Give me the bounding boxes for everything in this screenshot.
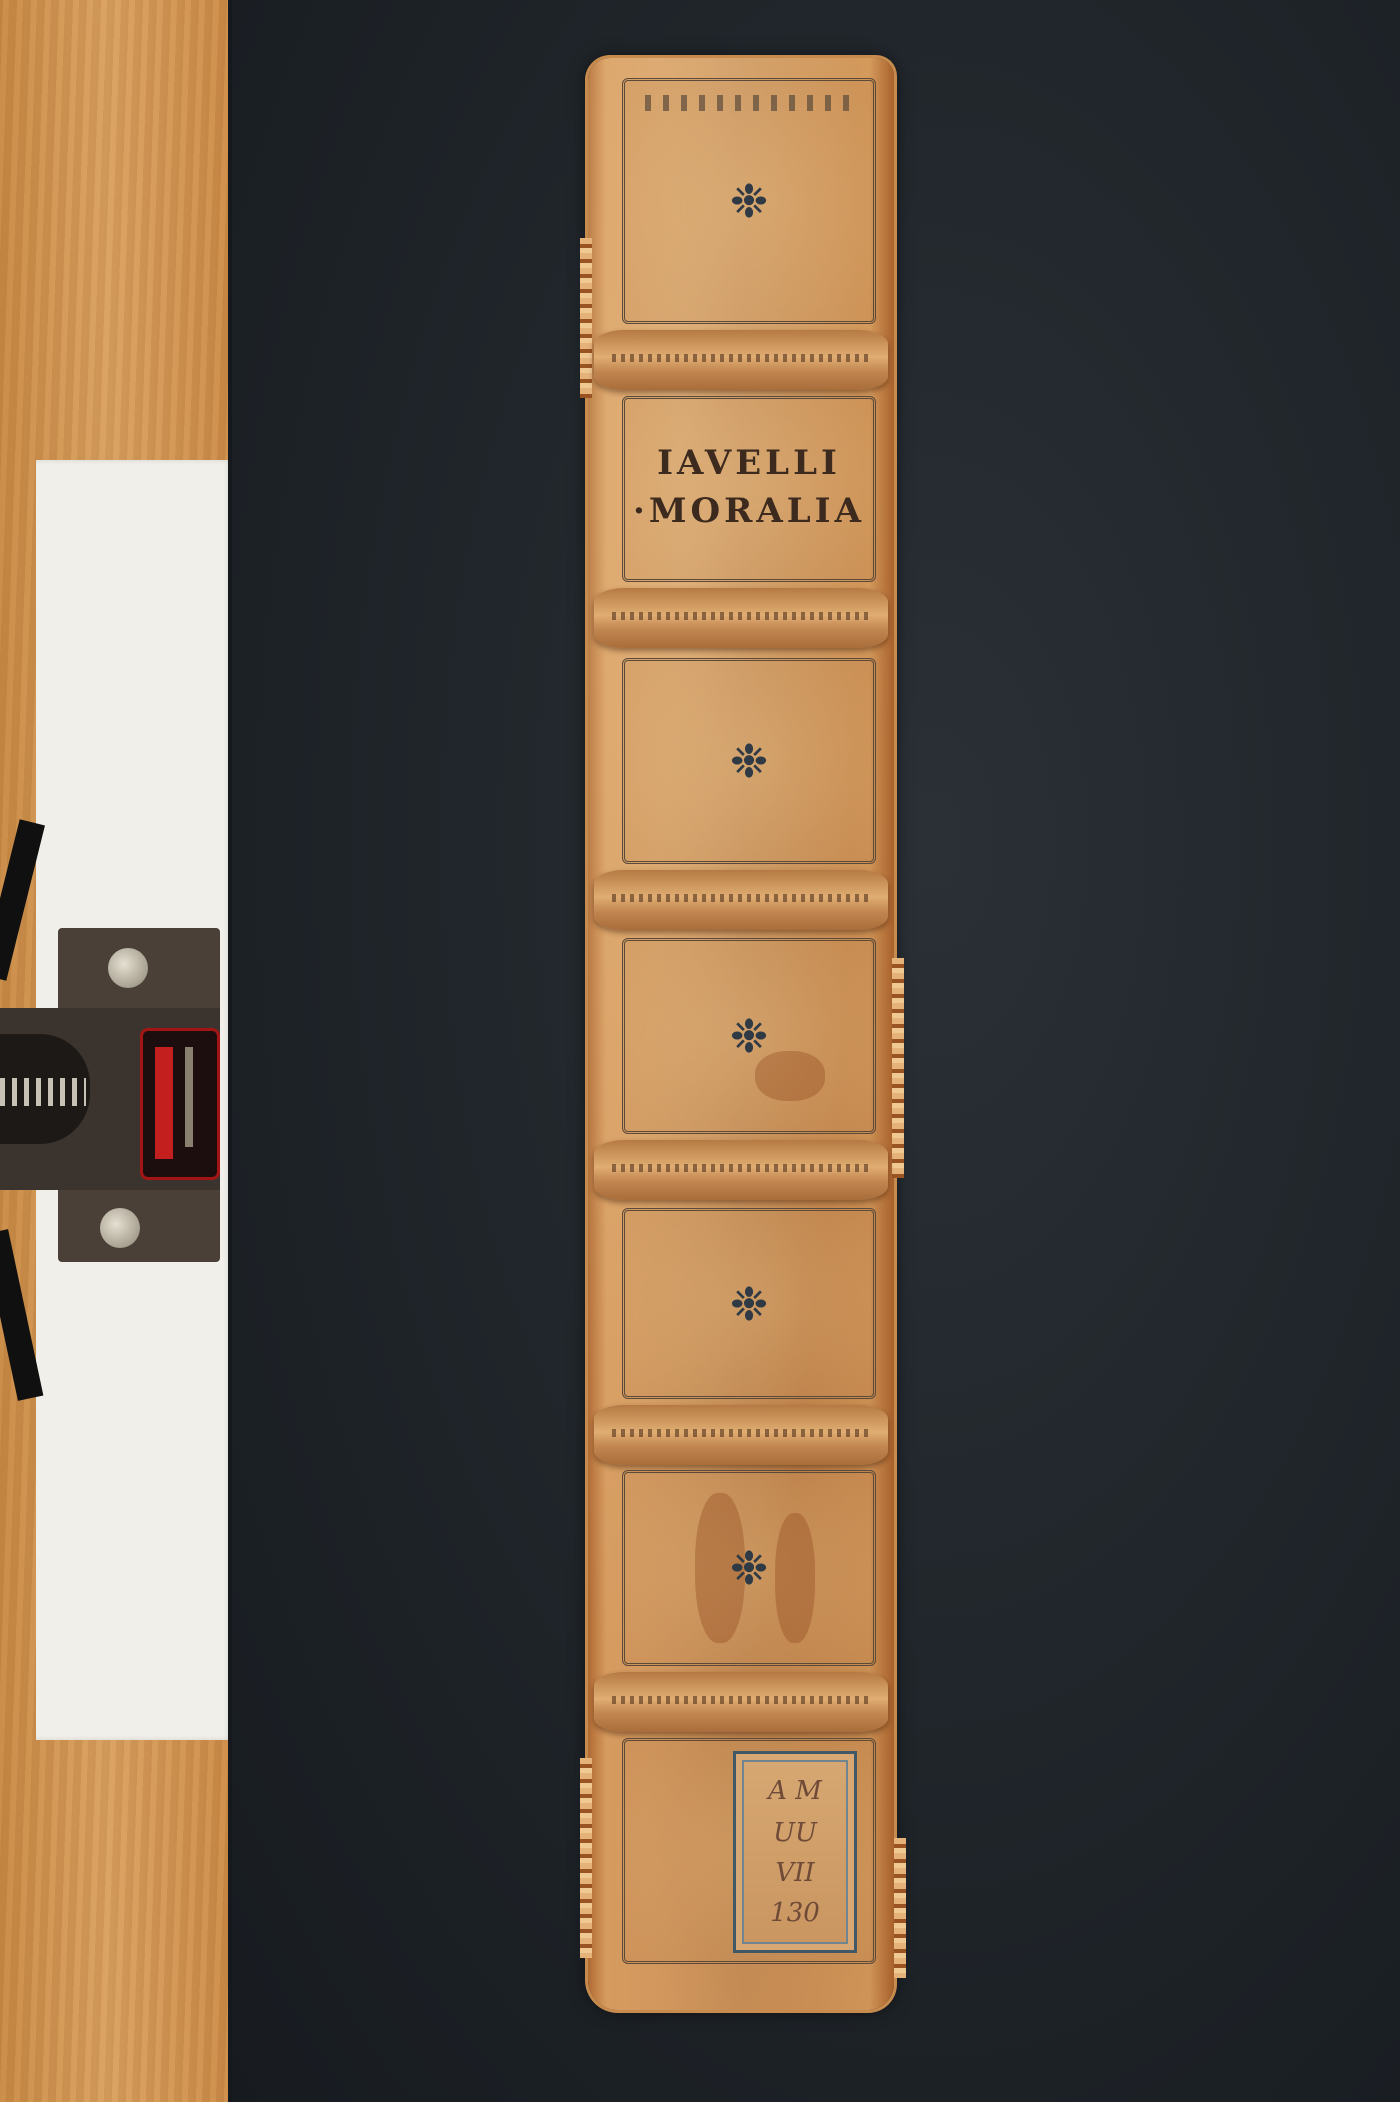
- title-line-2: ·MORALIA: [625, 491, 873, 531]
- spine-panel-1: ❉: [622, 78, 876, 324]
- screw-icon: [108, 948, 148, 988]
- frayed-edge: [892, 958, 904, 1178]
- shelfmark-line-1: A M: [736, 1776, 854, 1806]
- frayed-edge: [580, 238, 592, 398]
- raised-band: [594, 1672, 888, 1732]
- shelfmark-label: A M UU VII 130: [733, 1751, 857, 1953]
- spine-panel-3: ❉: [622, 658, 876, 864]
- clamp-brand-badge: [140, 1028, 220, 1180]
- clamp-ruler: [0, 1078, 86, 1106]
- screw-icon: [100, 1208, 140, 1248]
- fleuron-icon: ❉: [730, 1281, 769, 1327]
- spine-panel-5: ❉: [622, 1208, 876, 1399]
- spine-panel-7: A M UU VII 130: [622, 1738, 876, 1964]
- shelfmark-line-4: 130: [736, 1898, 854, 1928]
- raised-band: [594, 1405, 888, 1465]
- spine-panel-4: ❉: [622, 938, 876, 1134]
- book-spine: ❉ IAVELLI ·MORALIA ❉ ❉ ❉ ❉ A M UU VII 13…: [588, 58, 894, 2010]
- shelfmark-line-3: VII: [736, 1858, 854, 1888]
- raised-band: [594, 330, 888, 390]
- fleuron-icon: ❉: [730, 1013, 769, 1059]
- title-line-1: IAVELLI: [625, 443, 873, 483]
- shelfmark-line-2: UU: [736, 1818, 854, 1848]
- frayed-edge: [894, 1838, 906, 1978]
- raised-band: [594, 870, 888, 930]
- title-panel: IAVELLI ·MORALIA: [622, 396, 876, 582]
- scanner-clamp: [0, 928, 220, 1262]
- fleuron-icon: ❉: [730, 178, 769, 224]
- frayed-edge: [580, 1758, 592, 1958]
- raised-band: [594, 588, 888, 648]
- fleuron-icon: ❉: [730, 738, 769, 784]
- fleuron-icon: ❉: [730, 1545, 769, 1591]
- stain: [775, 1513, 815, 1643]
- spine-panel-6: ❉: [622, 1470, 876, 1666]
- tooled-border: [645, 95, 853, 111]
- raised-band: [594, 1140, 888, 1200]
